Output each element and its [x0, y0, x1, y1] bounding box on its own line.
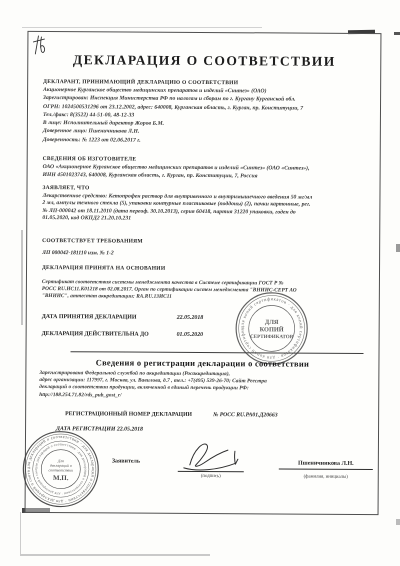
page-border-frame: ДЕКЛАРАЦИЯ О СООТВЕТСТВИИ ДЕКЛАРАНТ, ПРИ…: [25, 31, 382, 515]
valid-until-label: ДЕКЛАРАЦИЯ ДЕЙСТВИТЕЛЬНА ДО: [42, 331, 149, 338]
registration-number-value: № РОСС RU.РА01.Д20663: [213, 412, 277, 418]
valid-until-value: 01.05.2020: [177, 332, 204, 338]
copies-stamp-center-line: СЕРТИФИКАТОВ: [250, 335, 294, 340]
declaration-stamp-center-line: Для: [57, 459, 64, 463]
scan-bottom-line: [20, 554, 210, 556]
manufacturer-paragraph: ОАО «Акционерное Курганское общество мед…: [43, 163, 310, 181]
scanned-declaration-page: ДЕКЛАРАЦИЯ О СООТВЕТСТВИИ ДЕКЛАРАНТ, ПРИ…: [0, 0, 400, 566]
requirements-document-number: ЛП 000042-181110 изм. № 1-2: [42, 250, 114, 256]
declarant-paragraph: Акционерное Курганское общество медицинс…: [43, 86, 303, 146]
handwritten-signature-icon: [178, 439, 244, 473]
declarant-section-header: ДЕКЛАРАНТ, ПРИНИМАЮЩИЙ ДЕКЛАРАЦИЮ О СООТ…: [43, 79, 238, 86]
scan-rightedge-mark-top: [394, 32, 400, 35]
document-title: ДЕКЛАРАЦИЯ О СООТВЕТСТВИИ: [28, 52, 380, 70]
declaration-stamp-mp: М.П.: [53, 474, 69, 482]
manufacturer-section-header: СВЕДЕНИЯ ОБ ИЗГОТОВИТЕЛЕ: [43, 156, 137, 163]
scan-leftmargin-strip: [21, 230, 23, 325]
product-paragraph: Лекарственное средство: Кетопрофен раств…: [42, 193, 312, 224]
declares-section-header: ЗАЯВЛЯЕТ, ЧТО: [42, 185, 89, 191]
product-line: 01.05.2020, код ОКПД2 21.20.10.231: [42, 215, 312, 224]
copies-certificates-stamp: для копий сертификатов · для копий серти…: [234, 291, 308, 365]
registration-number-label: РЕГИСТРАЦИОННЫЙ НОМЕР ДЕКЛАРАЦИИ: [65, 411, 192, 418]
declaration-stamp-center-line: соответствии: [48, 468, 73, 472]
registration-url: http://188.254.71.82/rds_pub_gost_r/: [39, 392, 267, 401]
basis-section-header: ДЕКЛАРАЦИЯ ПРИНЯТА НА ОСНОВАНИИ: [42, 265, 165, 272]
adoption-date-value: 22.05.2018: [177, 315, 204, 321]
registration-section-header: Сведения о регистрации декларации о соот…: [26, 358, 378, 369]
section-divider-line: [71, 351, 364, 354]
copies-stamp-center-line: ДЛЯ: [265, 319, 279, 326]
declarant-line: Доверенность: № 1223 от 02.06.2017 г.: [43, 136, 303, 146]
scan-rightedge-mark-mid: [396, 244, 400, 252]
registration-paragraph: Зарегистрирована Федеральной службой по …: [39, 370, 267, 400]
applicant-name: Пшеничникова Л.Н.: [279, 460, 373, 470]
scan-bottom-vertical-line: [20, 512, 21, 556]
declaration-stamp-center-line: деклараций о: [50, 463, 72, 468]
requirements-section-header: СООТВЕТСТВУЕТ ТРЕБОВАНИЯМ: [42, 238, 143, 245]
name-caption: (фамилия, инициалы): [279, 474, 373, 480]
scan-rightedge-mark-bottom: [396, 519, 400, 525]
scan-top-line: [22, 27, 262, 28]
manufacturer-line: ИНН 4501023743, 640008, Курганская облас…: [43, 171, 310, 181]
signature-caption: (подпись): [178, 474, 244, 479]
declaration-seal-stamp: для деклараций о соответствии · для декл…: [22, 430, 100, 508]
applicant-label: Заявитель: [112, 458, 140, 464]
copies-stamp-center-line: КОПИЙ: [260, 325, 284, 333]
adoption-date-label: ДАТА ПРИНЯТИЯ ДЕКЛАРАЦИИ: [42, 314, 137, 321]
